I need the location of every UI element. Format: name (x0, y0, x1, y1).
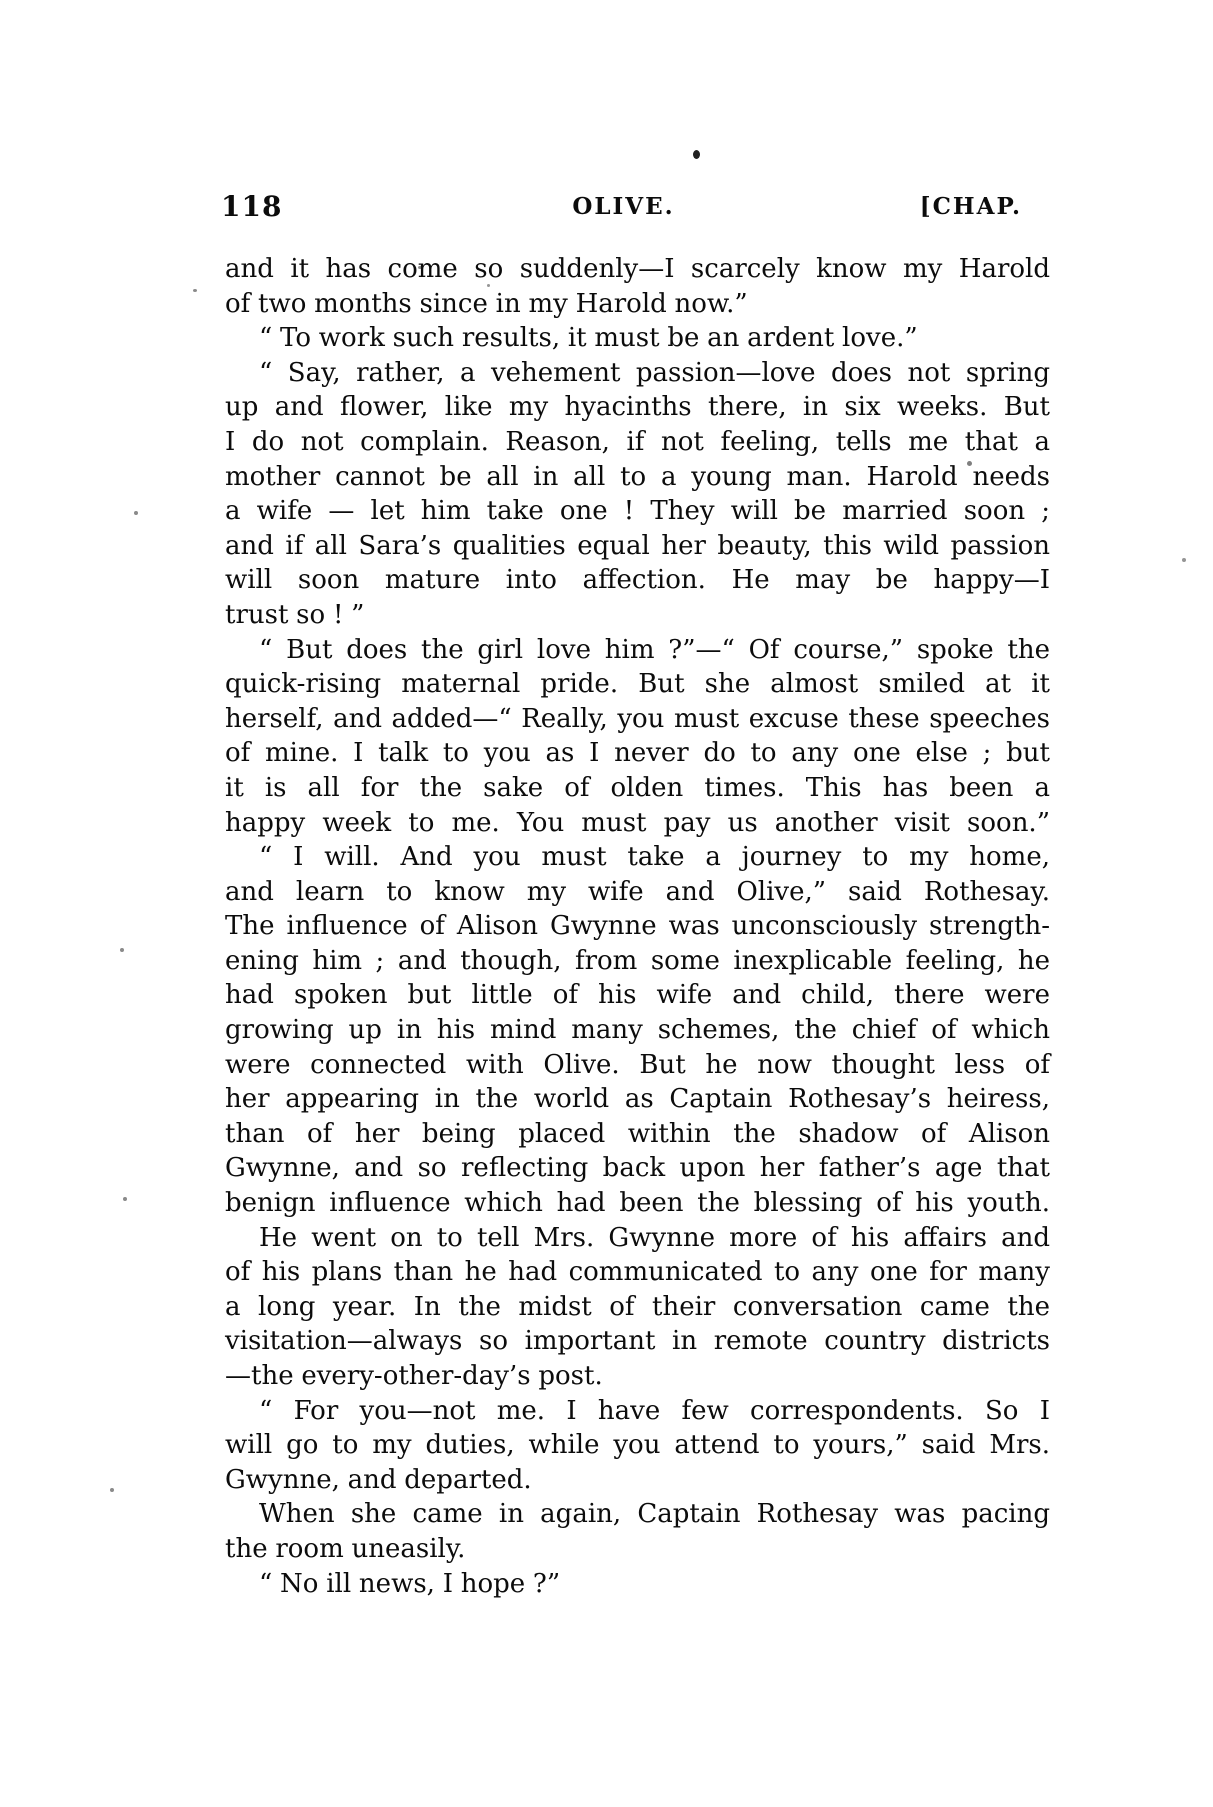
text-line: growing up in his mind many schemes, the… (225, 1013, 1050, 1048)
text-line: trust so ! ” (225, 598, 1050, 633)
page-header: 118 OLIVE. [CHAP. (221, 190, 1050, 226)
text-line: “ But does the girl love him ?”—“ Of cou… (225, 633, 1050, 668)
text-line: of mine. I talk to you as I never do to … (225, 736, 1050, 771)
text-line: and learn to know my wife and Olive,” sa… (225, 875, 1050, 910)
text-line: happy week to me. You must pay us anothe… (225, 806, 1050, 841)
text-line: mother cannot be all in all to a young m… (225, 460, 1050, 495)
ink-speck (123, 1197, 127, 1201)
text-line: her appearing in the world as Captain Ro… (225, 1082, 1050, 1117)
ink-speck (134, 511, 138, 515)
text-line: it is all for the sake of olden times. T… (225, 771, 1050, 806)
chapter-marker: [CHAP. (920, 193, 1022, 220)
text-line: Gwynne, and so reflecting back upon her … (225, 1151, 1050, 1186)
text-line: “ I will. And you must take a journey to… (225, 840, 1050, 875)
text-line: of his plans than he had communicated to… (225, 1255, 1050, 1290)
text-line: benign influence which had been the bles… (225, 1186, 1050, 1221)
text-line: When she came in again, Captain Rothesay… (225, 1497, 1050, 1532)
text-line: The influence of Alison Gwynne was uncon… (225, 909, 1050, 944)
ink-speck (1182, 558, 1186, 562)
text-line: and if all Sara’s qualities equal her be… (225, 529, 1050, 564)
text-line: and it has come so suddenly—I scarcely k… (225, 252, 1050, 287)
text-line: —the every-other-day’s post. (225, 1359, 1050, 1394)
text-line: “ To work such results, it must be an ar… (225, 321, 1050, 356)
text-line: a long year. In the midst of their conve… (225, 1290, 1050, 1325)
text-line: up and flower, like my hyacinths there, … (225, 390, 1050, 425)
body-text-block: and it has come so suddenly—I scarcely k… (225, 252, 1050, 1601)
text-line: herself, and added—“ Really, you must ex… (225, 702, 1050, 737)
running-title: OLIVE. (209, 193, 1038, 220)
text-line: will soon mature into affection. He may … (225, 563, 1050, 598)
text-line: ening him ; and though, from some inexpl… (225, 944, 1050, 979)
text-line: “ Say, rather, a vehement passion—love d… (225, 356, 1050, 391)
text-line: “ No ill news, I hope ?” (225, 1567, 1050, 1602)
text-line: the room uneasily. (225, 1532, 1050, 1567)
ink-speck (967, 461, 972, 466)
book-page-scan: 118 OLIVE. [CHAP. and it has come so sud… (0, 0, 1213, 1807)
text-line: I do not complain. Reason, if not feelin… (225, 425, 1050, 460)
ink-speck (120, 948, 124, 952)
text-line: Gwynne, and departed. (225, 1463, 1050, 1498)
text-line: a wife — let him take one ! They will be… (225, 494, 1050, 529)
text-line: were connected with Olive. But he now th… (225, 1048, 1050, 1083)
text-line: had spoken but little of his wife and ch… (225, 978, 1050, 1013)
ink-speck (110, 1488, 114, 1492)
text-line: “ For you—not me. I have few corresponde… (225, 1394, 1050, 1429)
ink-speck (487, 284, 490, 287)
text-line: than of her being placed within the shad… (225, 1117, 1050, 1152)
text-line: of two months since in my Harold now.” (225, 287, 1050, 322)
ink-speck (418, 266, 422, 269)
text-line: He went on to tell Mrs. Gwynne more of h… (225, 1221, 1050, 1256)
ink-speck (193, 289, 197, 292)
text-line: quick-rising maternal pride. But she alm… (225, 667, 1050, 702)
text-line: will go to my duties, while you attend t… (225, 1428, 1050, 1463)
text-line: visitation—always so important in remote… (225, 1324, 1050, 1359)
ink-speck (693, 150, 700, 159)
